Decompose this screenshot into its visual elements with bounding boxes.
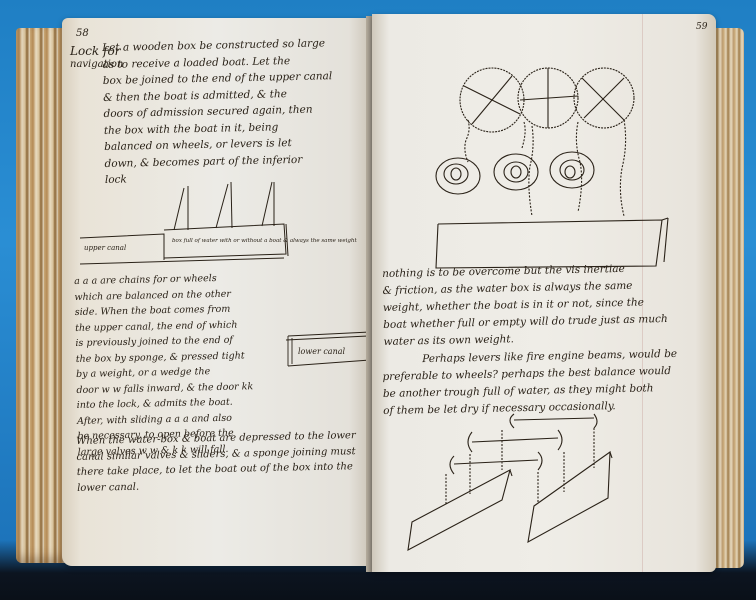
upper-canal-label: upper canal xyxy=(84,244,126,252)
lever-troughs-sketch xyxy=(398,414,638,564)
right-paragraph-1: nothing is to be overcome but the vis in… xyxy=(382,259,714,351)
left-paragraph-1: Let a wooden box be constructed so large… xyxy=(102,34,373,188)
page-number-left: 58 xyxy=(76,28,89,39)
wheels-balance-sketch xyxy=(428,58,698,268)
lower-canal-label: lower canal xyxy=(298,347,345,356)
right-page-edges xyxy=(712,28,744,568)
left-page: 58 Lock for navigation Let a wooden box … xyxy=(62,18,374,566)
canal-box-sketch: upper canal box full of water with or wi… xyxy=(76,178,286,258)
right-paragraph-2: Perhaps levers like fire engine beams, w… xyxy=(382,345,713,420)
open-notebook: 58 Lock for navigation Let a wooden box … xyxy=(0,0,756,600)
left-paragraph-3: When the water-box & boat are depressed … xyxy=(76,428,367,496)
right-page: 59 xyxy=(372,14,716,572)
box-label: box full of water with or without a boat… xyxy=(172,238,357,244)
lower-canal-sketch: lower canal xyxy=(284,330,374,370)
left-page-edges xyxy=(16,28,68,563)
page-number-right: 59 xyxy=(696,22,707,32)
